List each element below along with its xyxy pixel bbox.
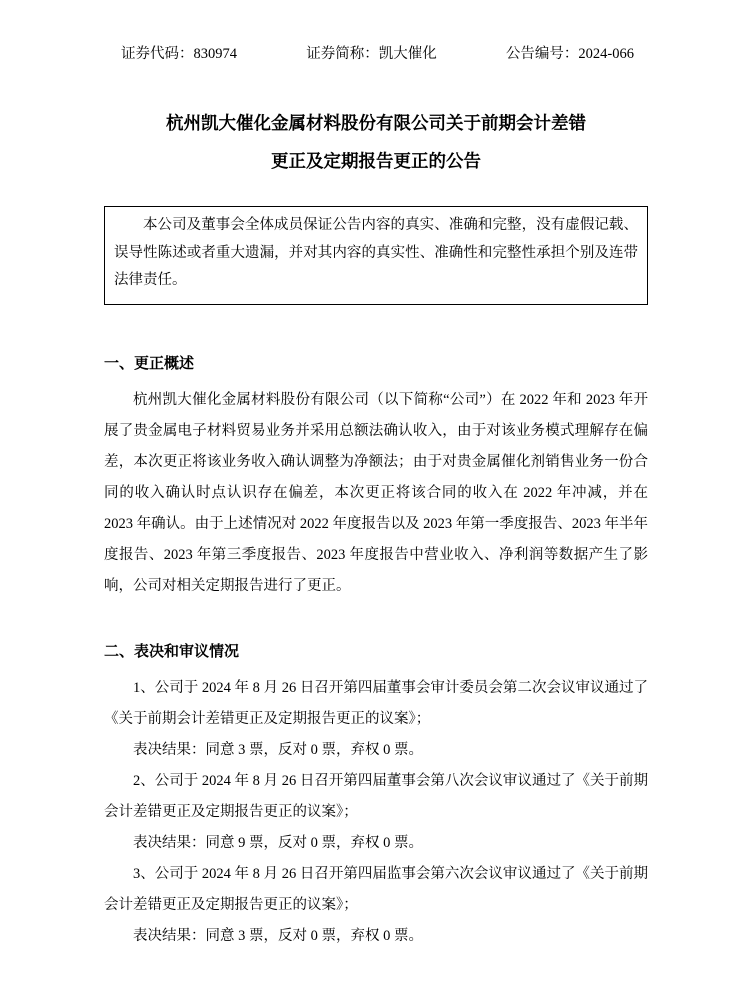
stock-code-label: 证券代码：830974 (121, 44, 237, 64)
body-paragraph: 杭州凯大催化金属材料股份有限公司（以下简称“公司”）在 2022 年和 2023… (104, 385, 648, 602)
disclaimer-box: 本公司及董事会全体成员保证公告内容的真实、准确和完整，没有虚假记载、误导性陈述或… (104, 206, 648, 305)
announcement-number-label: 公告编号：2024-066 (506, 44, 634, 64)
body-paragraph: 1、公司于 2024 年 8 月 26 日召开第四届董事会审计委员会第二次会议审… (104, 673, 648, 735)
section-heading-voting-review: 二、表决和审议情况 (104, 642, 648, 662)
body-paragraph: 2、公司于 2024 年 8 月 26 日召开第四届董事会第八次会议审议通过了《… (104, 766, 648, 828)
body-paragraph: 3、公司于 2024 年 8 月 26 日召开第四届监事会第六次会议审议通过了《… (104, 859, 648, 921)
section-heading-correction-overview: 一、更正概述 (104, 354, 648, 374)
document-page: 证券代码：830974 证券简称：凯大催化 公告编号：2024-066 杭州凯大… (0, 0, 745, 985)
section-body-voting-review: 1、公司于 2024 年 8 月 26 日召开第四届董事会审计委员会第二次会议审… (104, 673, 648, 952)
document-title: 杭州凯大催化金属材料股份有限公司关于前期会计差错 更正及定期报告更正的公告 (104, 104, 648, 180)
section-body-correction-overview: 杭州凯大催化金属材料股份有限公司（以下简称“公司”）在 2022 年和 2023… (104, 385, 648, 602)
document-title-line-2: 更正及定期报告更正的公告 (104, 142, 648, 180)
stock-name-label: 证券简称：凯大催化 (306, 44, 437, 64)
body-paragraph: 表决结果：同意 3 票，反对 0 票，弃权 0 票。 (104, 921, 648, 952)
document-title-line-1: 杭州凯大催化金属材料股份有限公司关于前期会计差错 (104, 104, 648, 142)
body-paragraph: 表决结果：同意 3 票，反对 0 票，弃权 0 票。 (104, 735, 648, 766)
disclaimer-text: 本公司及董事会全体成员保证公告内容的真实、准确和完整，没有虚假记载、误导性陈述或… (114, 212, 638, 295)
document-header: 证券代码：830974 证券简称：凯大催化 公告编号：2024-066 (104, 44, 648, 64)
body-paragraph: 表决结果：同意 9 票，反对 0 票，弃权 0 票。 (104, 828, 648, 859)
